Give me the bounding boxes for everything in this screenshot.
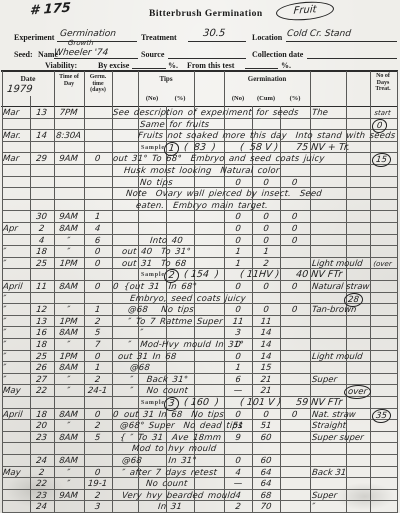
germ-cum-cell: 1 xyxy=(251,246,280,258)
day-cell: 2 xyxy=(29,467,53,479)
germ-no-cell: 1 xyxy=(223,258,252,270)
time-cell: 1PM xyxy=(53,316,83,328)
time-cell: ″ xyxy=(53,467,83,479)
time-cell: ″ xyxy=(53,339,83,351)
log-row: ″268AM1@68115 xyxy=(0,362,400,374)
days-treat-cell: start xyxy=(367,107,397,119)
entry-note: out 31° To 68° Embryo and seed coats jui… xyxy=(112,153,325,165)
germ-time-cell: 1 xyxy=(83,362,111,374)
entry-note: No count xyxy=(145,478,188,490)
germ-time-cell: 1 xyxy=(83,304,111,316)
time-cell: 8AM xyxy=(53,362,83,374)
scanned-germination-form: # 175 Bitterbrush Germination Fruit Expe… xyxy=(0,0,400,513)
germ-cum-cell: 60 xyxy=(251,432,280,444)
sample-remark: 40 NV FTr xyxy=(295,269,342,281)
month-cell: ″ xyxy=(2,339,30,351)
germ-no-cell: 2 xyxy=(223,501,252,513)
sample-summary-row: Sample1( 83 )( 58 V )75 NV + Tr. xyxy=(0,142,400,154)
entry-note: Husk moist looking Natural color xyxy=(123,165,280,177)
col-time-of-day: Time of Day xyxy=(54,74,84,87)
germ-cum-cell: 64 xyxy=(251,478,280,490)
col-tips: Tips xyxy=(138,76,194,83)
month-cell: Mar xyxy=(2,153,30,165)
entry-note: { ″ To 31 Ave 18mm xyxy=(119,432,221,444)
germ-cum-cell: 21 xyxy=(251,374,280,386)
germ-pct-cell: 0 xyxy=(279,211,309,223)
germ-time-cell: 2 xyxy=(83,490,111,502)
day-cell: 18 xyxy=(29,409,53,421)
germ-no-cell: — xyxy=(223,478,252,490)
log-row: eaten. Embryo main target. xyxy=(0,200,400,212)
entry-note: out 31 To 68 xyxy=(121,258,187,270)
log-row: May2″0″ after 7 days retest464Back 31 xyxy=(0,467,400,479)
log-row: 239AM2Very hvy bearded mould468Super xyxy=(0,490,400,502)
germ-cum-cell: 21 xyxy=(251,385,280,397)
germ-pct-cell: 0 xyxy=(279,177,309,189)
sample-summary-row: Sample3( 160 )( 101 V )59 NV FTr xyxy=(0,397,400,409)
time-cell: 8AM xyxy=(53,409,83,421)
germ-cum-cell: 14 xyxy=(251,339,280,351)
day-cell: 18 xyxy=(29,246,53,258)
sample-label: Sample xyxy=(141,397,165,409)
experiment-label: Experiment xyxy=(14,33,54,42)
time-cell: ″ xyxy=(53,246,83,258)
time-cell: ″ xyxy=(53,478,83,490)
viability-pct-1: %. xyxy=(168,61,178,70)
germ-time-cell: 3 xyxy=(83,501,111,513)
time-cell: ″ xyxy=(53,420,83,432)
time-cell: ″ xyxy=(53,385,83,397)
germ-cum-cell: 14 xyxy=(251,351,280,363)
day-cell: 23 xyxy=(29,432,53,444)
germ-no-cell: 4 xyxy=(223,467,252,479)
germ-no-cell: 0 xyxy=(223,177,252,189)
month-cell: ″ xyxy=(2,362,30,374)
entry-note: ″ after 7 days retest xyxy=(121,467,217,479)
germ-no-cell: 0 xyxy=(223,409,252,421)
experiment-underline xyxy=(57,41,137,42)
germ-no-cell: 51 xyxy=(223,420,252,432)
entry-note: Into 40 xyxy=(149,235,183,247)
viability-underline-2 xyxy=(245,68,278,69)
sample-count: ( 154 ) xyxy=(183,269,219,281)
entry-note: @68 In 31° xyxy=(121,455,197,467)
time-cell: 9AM xyxy=(53,153,83,165)
sample-label: Sample xyxy=(141,269,165,281)
treatment-underline xyxy=(188,41,246,42)
log-row: ″168AM5″314 xyxy=(0,327,400,339)
entry-note: out 31 In 68 No tips xyxy=(123,409,224,421)
germ-time-cell: 0 xyxy=(83,409,111,421)
fruit-tag-circled: Fruit xyxy=(275,0,334,22)
germ-pct-cell: 0 xyxy=(279,304,309,316)
time-cell: 8AM xyxy=(53,281,83,293)
germ-time-cell: 19-1 xyxy=(83,478,111,490)
entry-note: Note Ovary wall pierced by insect. Seed xyxy=(125,188,322,200)
day-cell: 18 xyxy=(29,339,53,351)
seed-name-value: Wheeler '74 xyxy=(53,48,108,58)
day-cell: 13 xyxy=(29,107,53,119)
sample-viable: ( 58 V ) xyxy=(239,142,278,154)
day-cell: 22 xyxy=(29,478,53,490)
log-row: 20″2@68° Super No dead tips5151Straight xyxy=(0,420,400,432)
germ-time-cell: 2 xyxy=(83,374,111,386)
germ-cum-cell: 0 xyxy=(251,304,280,316)
name-underline xyxy=(54,58,138,59)
time-cell: 8AM xyxy=(53,223,83,235)
month-cell: ″ xyxy=(2,246,30,258)
observation-cell: Tan-brown xyxy=(311,304,357,316)
germ-no-cell: 9 xyxy=(223,432,252,444)
sample-label: Sample xyxy=(141,142,165,154)
log-row: 248AM@68 In 31°060 xyxy=(0,455,400,467)
month-cell: May xyxy=(2,385,30,397)
log-row: Note Ovary wall pierced by insect. Seed xyxy=(0,188,400,200)
sample-summary-row: Sample2( 154 )( 11HV )40 NV FTr xyxy=(0,269,400,281)
col-germ-no: (No) xyxy=(224,96,252,103)
log-row: ″131PM2″ To 7 Rattme Super1111 xyxy=(0,316,400,328)
germ-time-cell: 0 xyxy=(83,258,111,270)
viability-underline-1 xyxy=(132,68,166,69)
germ-cum-cell: 0 xyxy=(251,235,280,247)
log-row: Mar299AM0out 31° To 68° Embryo and seed … xyxy=(0,153,400,165)
log-row: Mod to hvy mould xyxy=(0,443,400,455)
germ-cum-cell: 0 xyxy=(251,281,280,293)
log-row: April188AM00out 31 In 68 No tips000Nat. … xyxy=(0,409,400,421)
entry-note: No tips xyxy=(139,177,173,189)
month-cell: ″ xyxy=(2,351,30,363)
germ-cum-cell: 0 xyxy=(251,223,280,235)
page-number: # 175 xyxy=(30,1,72,19)
observation-cell: Straight xyxy=(311,420,346,432)
month-cell: ″ xyxy=(2,374,30,386)
germ-cum-cell: 64 xyxy=(251,467,280,479)
sample-remark: 59 NV FTr xyxy=(295,397,342,409)
entry-note: Same for fruits xyxy=(139,119,209,131)
time-cell: 9AM xyxy=(53,211,83,223)
month-cell: ″ xyxy=(2,304,30,316)
location-underline xyxy=(286,41,397,42)
day-cell: 26 xyxy=(29,362,53,374)
log-row: ″27″2″ Back 31°621Super xyxy=(0,374,400,386)
observation-cell: Super xyxy=(311,374,337,386)
germ-pct-cell: 0 xyxy=(279,223,309,235)
entry-note: Very hvy bearded mould xyxy=(121,490,236,502)
germ-time-cell: 5 xyxy=(83,432,111,444)
time-cell: 8:30A xyxy=(53,130,83,142)
observation-cell: Light mould xyxy=(311,258,363,270)
germ-cum-cell: 0 xyxy=(251,409,280,421)
germ-time-cell: 6 xyxy=(83,235,111,247)
log-row: ″Embryo, seed coats juicy28 xyxy=(0,293,400,305)
germ-no-cell: 0 xyxy=(223,211,252,223)
log-row: Mar137PMSee description of experiment fo… xyxy=(0,107,400,119)
day-cell: 2 xyxy=(29,223,53,235)
log-row: ″251PM0out 31 To 6812Light mould(over xyxy=(0,258,400,270)
time-cell: 8AM xyxy=(53,455,83,467)
entry-note: out 31 In 68 xyxy=(117,351,177,363)
col-tips-no: (No) xyxy=(138,96,166,103)
germ-no-cell: 11 xyxy=(223,316,252,328)
germ-no-cell: 0 xyxy=(223,455,252,467)
germ-cum-cell: 0 xyxy=(251,177,280,189)
log-row: Husk moist looking Natural color xyxy=(0,165,400,177)
time-cell: ″ xyxy=(53,235,83,247)
observation-cell: Nat. straw xyxy=(311,409,356,421)
location-value: Cold Cr. Stand xyxy=(286,29,351,39)
germ-cum-cell: 11 xyxy=(251,316,280,328)
observation-cell: Light mould xyxy=(311,351,363,363)
time-cell: ″ xyxy=(53,304,83,316)
germ-time-cell: 7 xyxy=(83,339,111,351)
observation-cell: Natural straw xyxy=(311,281,370,293)
col-days-treat: No of Days Treat. xyxy=(368,73,398,93)
log-row: 309AM1000 xyxy=(0,211,400,223)
time-cell: 8AM xyxy=(53,432,83,444)
time-cell: 9AM xyxy=(53,490,83,502)
entry-note: ″ No count xyxy=(129,385,188,397)
germ-time-cell: 0 xyxy=(83,281,111,293)
germ-time-cell: 0 xyxy=(83,351,111,363)
germ-cum-cell: 68 xyxy=(251,490,280,502)
log-row: April118AM00{out 31 In 68°000Natural str… xyxy=(0,281,400,293)
col-germ-time: Germ. time (days) xyxy=(84,74,112,94)
entry-note: Mod to hvy mould xyxy=(131,443,217,455)
day-cell: 25 xyxy=(29,351,53,363)
germ-no-cell: 0 xyxy=(223,304,252,316)
month-cell: Mar. xyxy=(2,130,30,142)
entry-note: In 31 xyxy=(157,501,182,513)
log-row: 22″19-1No count—64 xyxy=(0,478,400,490)
day-cell: 24 xyxy=(29,455,53,467)
germ-pct-cell: 0 xyxy=(279,281,309,293)
viability-method-label: By excise xyxy=(98,61,129,70)
from-test-label: From this test xyxy=(187,61,234,70)
day-cell: 12 xyxy=(29,304,53,316)
location-label: Location xyxy=(252,33,282,42)
month-cell: Mar xyxy=(2,107,30,119)
germ-no-cell: 0 xyxy=(223,223,252,235)
day-cell: 27 xyxy=(29,374,53,386)
germ-time-cell: 0 xyxy=(83,246,111,258)
log-row: 238AM5{ ″ To 31 Ave 18mm960Super super xyxy=(0,432,400,444)
log-row: 4″6Into 40000 xyxy=(0,235,400,247)
entry-note: Fruits not soaked more this day Into sta… xyxy=(137,130,396,142)
day-cell: 29 xyxy=(29,153,53,165)
log-row: Mar.148:30AFruits not soaked more this d… xyxy=(0,130,400,142)
month-cell: ″ xyxy=(2,327,30,339)
entry-note: ″ xyxy=(139,327,144,339)
germ-no-cell: 1 xyxy=(223,362,252,374)
log-row: ″12″1@68 No tips000Tan-brown xyxy=(0,304,400,316)
observation-cell: Super super xyxy=(311,432,364,444)
germ-pct-cell: 0 xyxy=(279,409,309,421)
day-cell: 30 xyxy=(29,211,53,223)
collection-underline xyxy=(307,58,397,59)
germ-cum-cell: 0 xyxy=(251,211,280,223)
day-cell: 25 xyxy=(29,258,53,270)
treatment-label: Treatment xyxy=(141,33,177,42)
entry-note: ″ Back 31° xyxy=(129,374,188,386)
entry-note: See description of experiment for seeds xyxy=(112,107,299,119)
log-row: Apr28AM4000 xyxy=(0,223,400,235)
germ-cum-cell: 15 xyxy=(251,362,280,374)
observation-cell: The xyxy=(311,107,328,119)
entry-note: {out 31 In 68° xyxy=(123,281,197,293)
germ-no-cell: 0 xyxy=(223,351,252,363)
observation-cell: Super xyxy=(311,490,337,502)
log-row: Same for fruits0 xyxy=(0,119,400,131)
germ-cum-cell: 2 xyxy=(251,258,280,270)
month-cell: ″ xyxy=(2,316,30,328)
germ-cum-cell: 14 xyxy=(251,327,280,339)
treatment-value: 30.5 xyxy=(202,28,225,39)
month-cell: May xyxy=(2,467,30,479)
sample-remark: 75 NV + Tr. xyxy=(295,142,350,154)
col-germ-cum: (Cum) xyxy=(252,96,280,103)
germ-time-cell: 1 xyxy=(83,211,111,223)
source-underline xyxy=(168,58,246,59)
sample-viable: ( 101 V ) xyxy=(239,397,281,409)
germ-no-cell: 0 xyxy=(223,339,252,351)
observation-cell: Back 31 xyxy=(311,467,346,479)
col-date: Date xyxy=(2,76,54,83)
experiment-value: Germination xyxy=(59,29,116,39)
entry-note: Embryo, seed coats juicy xyxy=(129,293,246,305)
germ-no-cell: 0 xyxy=(223,235,252,247)
sample-count: ( 160 ) xyxy=(183,397,219,409)
day-cell: 20 xyxy=(29,420,53,432)
germ-no-cell: — xyxy=(223,385,252,397)
time-cell: 7PM xyxy=(53,107,83,119)
entry-note: ″ To 7 Rattme Super xyxy=(127,316,223,328)
time-cell: 8AM xyxy=(53,327,83,339)
germ-time-cell: 2 xyxy=(83,420,111,432)
month-cell: April xyxy=(2,409,30,421)
viability-label: Viability: xyxy=(45,61,77,70)
day-cell: 4 xyxy=(29,235,53,247)
germ-no-cell: 3 xyxy=(223,327,252,339)
germ-cum-cell: 60 xyxy=(251,455,280,467)
seed-label: Seed: xyxy=(14,50,33,59)
germ-time-cell: 0 xyxy=(83,153,111,165)
month-cell: April xyxy=(2,281,30,293)
form-title: Bitterbrush Germination xyxy=(149,9,263,19)
source-label: Source xyxy=(141,50,164,59)
germ-time-cell: 24-1 xyxy=(83,385,111,397)
germ-pct-cell: 0 xyxy=(279,235,309,247)
month-cell: ″ xyxy=(2,293,30,305)
germ-cum-cell: 51 xyxy=(251,420,280,432)
log-row: 243In 31270″ xyxy=(0,501,400,513)
entry-note: eaten. Embryo main target. xyxy=(135,200,268,212)
day-cell: 11 xyxy=(29,281,53,293)
germ-no-cell: 6 xyxy=(223,374,252,386)
germ-time-cell: 2 xyxy=(83,316,111,328)
time-cell: ″ xyxy=(53,374,83,386)
log-row: ″251PM0out 31 In 68014Light mould xyxy=(0,351,400,363)
log-row: May22″24-1″ No count—21over xyxy=(0,385,400,397)
col-germ-pct: (%) xyxy=(280,96,310,103)
germ-cum-cell: 70 xyxy=(251,501,280,513)
viability-pct-2: %. xyxy=(281,61,291,70)
day-cell: 14 xyxy=(29,130,53,142)
days-treat-cell: (over xyxy=(367,258,397,270)
germ-time-cell: 0 xyxy=(83,467,111,479)
entry-note: out 40 To 31° xyxy=(121,246,191,258)
collection-date-label: Collection date xyxy=(252,50,303,59)
germ-no-cell: 1 xyxy=(223,246,252,258)
day-cell: 16 xyxy=(29,327,53,339)
month-cell: Apr xyxy=(2,223,30,235)
col-tips-pct: (%) xyxy=(166,96,194,103)
germ-no-cell: 0 xyxy=(223,281,252,293)
day-cell: 22 xyxy=(29,385,53,397)
day-cell: 13 xyxy=(29,316,53,328)
log-row: ″18″7″ Mod-Hvy mould In 31°014 xyxy=(0,339,400,351)
entry-note: @68 xyxy=(129,362,150,374)
time-cell: 1PM xyxy=(53,258,83,270)
year-handwritten: 1979 xyxy=(6,84,33,95)
germ-time-cell: 4 xyxy=(83,223,111,235)
month-cell: ″ xyxy=(2,258,30,270)
sample-viable: ( 11HV ) xyxy=(239,269,279,281)
log-row: No tips000 xyxy=(0,177,400,189)
sample-count: ( 83 ) xyxy=(183,142,216,154)
germ-time-cell: 5 xyxy=(83,327,111,339)
log-row: ″18″0out 40 To 31°11 xyxy=(0,246,400,258)
day-cell: 24 xyxy=(29,501,53,513)
germ-no-cell: 4 xyxy=(223,490,252,502)
entry-note: @68 No tips xyxy=(127,304,194,316)
col-germination: Germination xyxy=(224,76,310,83)
day-cell: 23 xyxy=(29,490,53,502)
table-top-border xyxy=(1,70,398,72)
observation-cell: ″ xyxy=(311,501,315,513)
time-cell: 1PM xyxy=(53,351,83,363)
